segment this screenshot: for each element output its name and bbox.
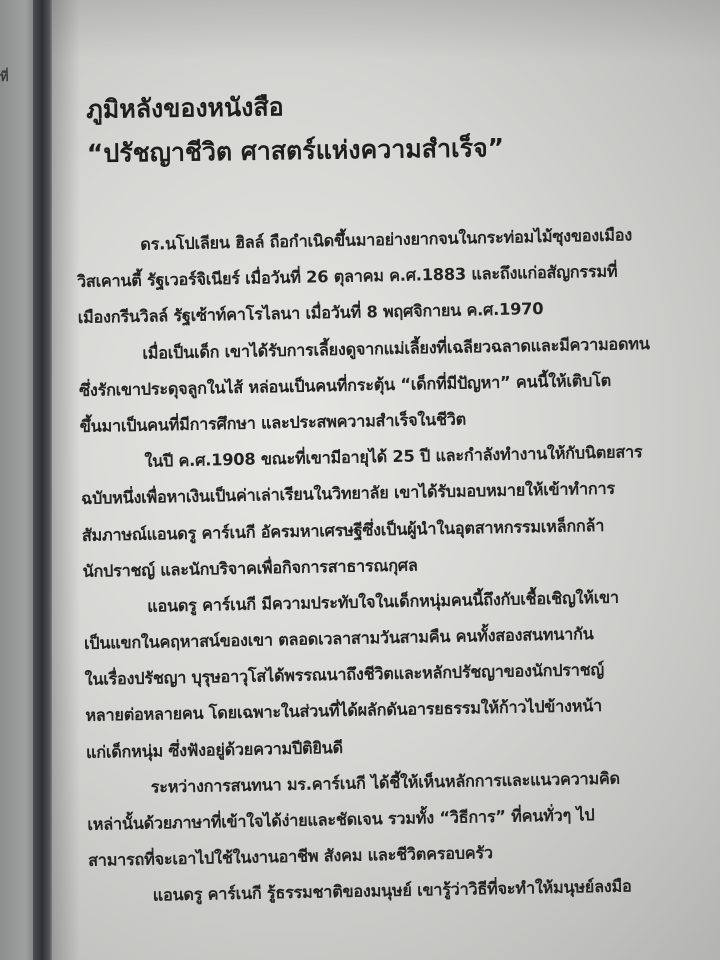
chapter-title-line-2: “ปรัชญาชีวิต ศาสตร์แห่งความสำเร็จ” bbox=[87, 126, 505, 176]
gutter-shadow bbox=[52, 0, 80, 960]
previous-page-edge: ที่ bbox=[0, 0, 36, 960]
chapter-title-line-1: ภูมิหลังของหนังสือ bbox=[86, 82, 504, 132]
previous-page-text-fragment: ที่ bbox=[0, 66, 30, 87]
paragraph: ดร.นโปเลียน ฮิลล์ ถือกำเนิดขึ้นมาอย่างยา… bbox=[76, 216, 720, 337]
paragraph: ในปี ค.ศ.1908 ขณะที่เขามีอายุได้ 25 ปี แ… bbox=[80, 433, 720, 590]
chapter-title: ภูมิหลังของหนังสือ “ปรัชญาชีวิต ศาสตร์แห… bbox=[86, 82, 504, 176]
page-shadow bbox=[52, 0, 720, 60]
paragraph: เมื่อเป็นเด็ก เขาได้รับการเลี้ยงดูจากแม่… bbox=[78, 324, 720, 445]
paragraph: ระหว่างการสนทนา มร.คาร์เนกี ได้ชี้ให้เห็… bbox=[86, 758, 720, 879]
paragraph: แอนดรู คาร์เนกี มีความประทับใจในเด็กหนุ่… bbox=[83, 577, 720, 770]
book-page: ภูมิหลังของหนังสือ “ปรัชญาชีวิต ศาสตร์แห… bbox=[52, 0, 720, 960]
body-text: ดร.นโปเลียน ฮิลล์ ถือกำเนิดขึ้นมาอย่างยา… bbox=[76, 216, 720, 916]
book-spine bbox=[33, 0, 53, 960]
